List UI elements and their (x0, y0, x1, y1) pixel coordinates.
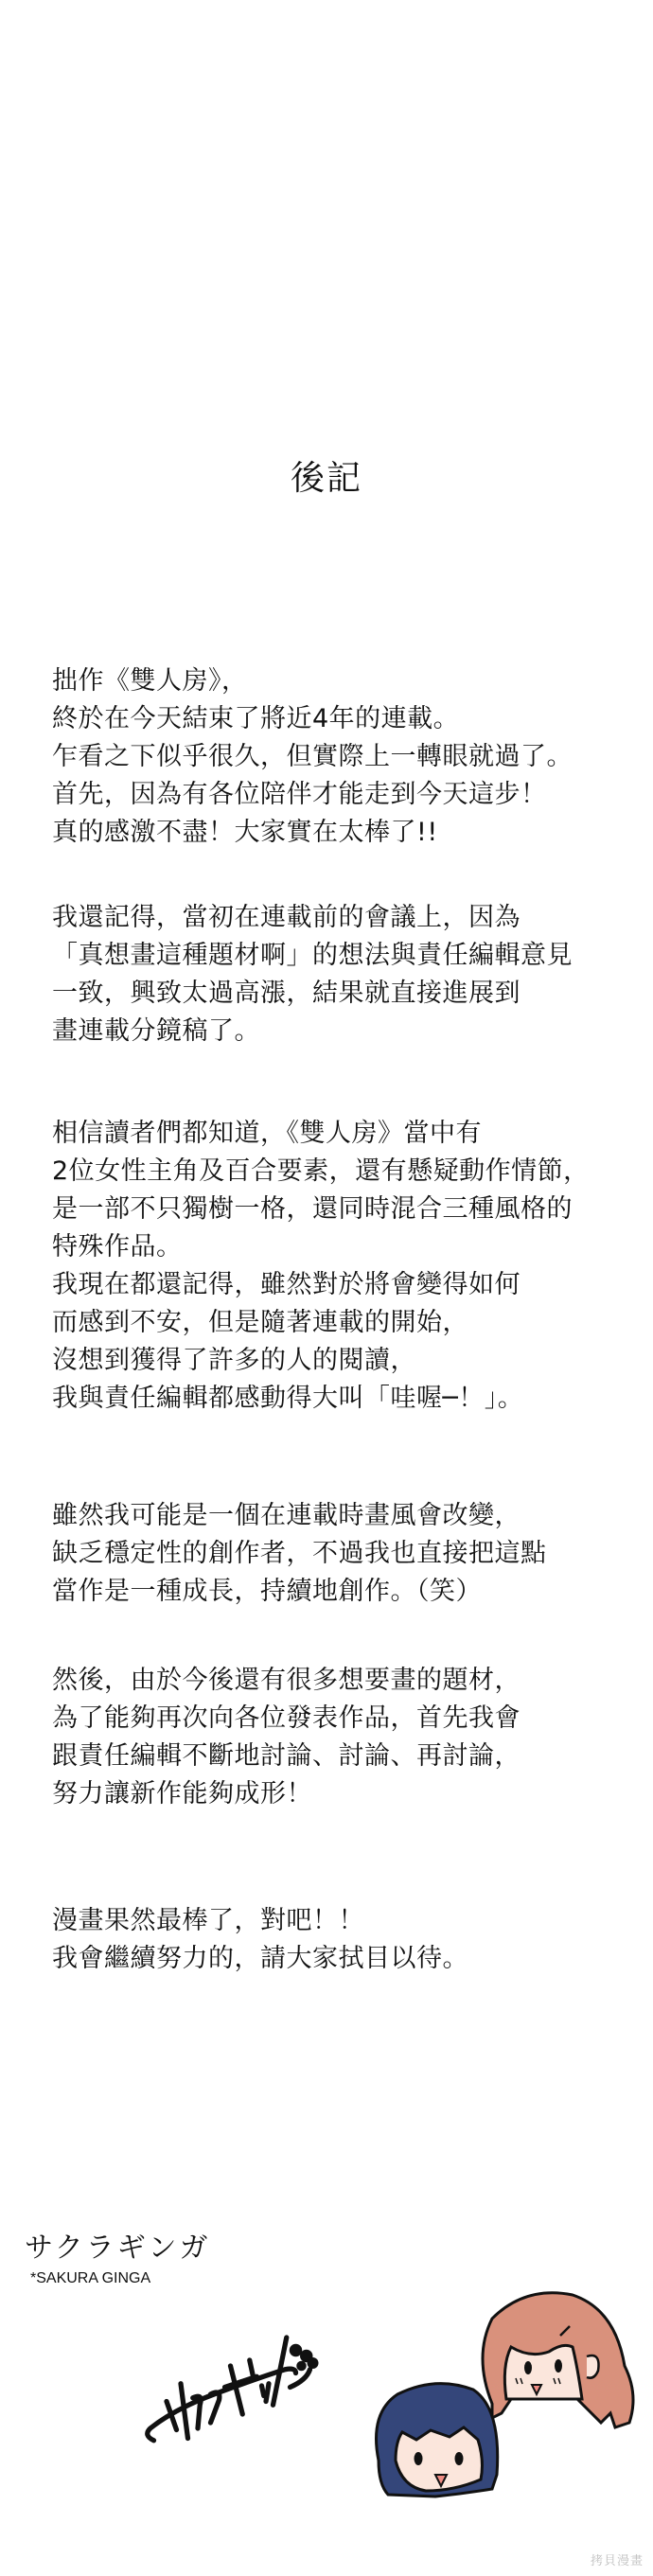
paragraph-1: 拙作《雙人房》， 終於在今天結束了將近4年的連載。 乍看之下似乎很久，但實際上一… (52, 662, 639, 852)
text-line: 我現在都還記得，雖然對於將會變得如何 (52, 1266, 639, 1304)
text-line: 「真想畫這種題材啊」的想法與責任編輯意見 (52, 937, 639, 975)
text-line: 雖然我可能是一個在連載時畫風會改變， (52, 1497, 639, 1535)
text-line: 我還記得，當初在連載前的會議上，因為 (52, 899, 639, 937)
author-name-en: *SAKURA GINGA (30, 2269, 150, 2288)
text-line: 當作是一種成長，持續地創作。（笑） (52, 1573, 639, 1611)
text-line: 跟責任編輯不斷地討論、討論、再討論， (52, 1738, 639, 1775)
author-name-jp: サクラギンガ (25, 2232, 211, 2266)
text-line: 努力讓新作能夠成形！ (52, 1775, 639, 1813)
text-line: 2位女性主角及百合要素，還有懸疑動作情節， (52, 1153, 639, 1191)
paragraph-5: 然後，由於今後還有很多想要畫的題材， 為了能夠再次向各位發表作品，首先我會 跟責… (52, 1662, 639, 1813)
text-line: 我會繼續努力的，請大家拭目以待。 (52, 1940, 639, 1978)
text-line: 為了能夠再次向各位發表作品，首先我會 (52, 1700, 639, 1738)
character-illustration (360, 2271, 644, 2536)
text-line: 而感到不安，但是隨著連載的開始， (52, 1304, 639, 1342)
text-line: 我與責任編輯都感動得大叫「哇喔─！」。 (52, 1380, 639, 1418)
text-line: 缺乏穩定性的創作者，不過我也直接把這點 (52, 1535, 639, 1573)
text-line: 終於在今天結束了將近4年的連載。 (52, 700, 639, 738)
text-line: 相信讀者們都知道，《雙人房》當中有 (52, 1115, 639, 1153)
text-line: 沒想到獲得了許多的人的閱讀， (52, 1342, 639, 1380)
text-line: 畫連載分鏡稿了。 (52, 1013, 639, 1050)
text-line: 乍看之下似乎很久，但實際上一轉眼就過了。 (52, 738, 639, 776)
text-line: 拙作《雙人房》， (52, 662, 639, 700)
text-line: 漫畫果然最棒了，對吧！！ (52, 1902, 639, 1940)
text-line: 一致，興致太過高漲，結果就直接進展到 (52, 975, 639, 1013)
paragraph-3: 相信讀者們都知道，《雙人房》當中有 2位女性主角及百合要素，還有懸疑動作情節， … (52, 1115, 639, 1418)
text-line: 然後，由於今後還有很多想要畫的題材， (52, 1662, 639, 1700)
watermark: 拷貝漫畫 (591, 2550, 644, 2568)
page-title: 後記 (0, 458, 653, 500)
text-line: 是一部不只獨樹一格，還同時混合三種風格的 (52, 1191, 639, 1228)
paragraph-6: 漫畫果然最棒了，對吧！！ 我會繼續努力的，請大家拭目以待。 (52, 1902, 639, 1978)
text-line: 首先，因為有各位陪伴才能走到今天這步！ (52, 776, 639, 814)
signature-image (104, 2309, 331, 2451)
paragraph-2: 我還記得，當初在連載前的會議上，因為 「真想畫這種題材啊」的想法與責任編輯意見 … (52, 899, 639, 1050)
paragraph-4: 雖然我可能是一個在連載時畫風會改變， 缺乏穩定性的創作者，不過我也直接把這點 當… (52, 1497, 639, 1611)
pink-hair-girl-icon (483, 2293, 633, 2427)
text-line: 特殊作品。 (52, 1228, 639, 1266)
text-line: 真的感激不盡！大家實在太棒了!! (52, 814, 639, 852)
blue-hair-girl-icon (377, 2384, 498, 2497)
